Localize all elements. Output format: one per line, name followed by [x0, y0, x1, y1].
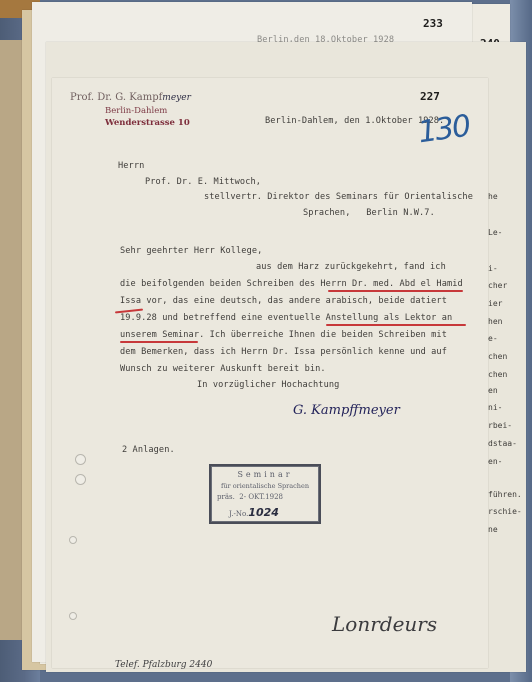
body-line-3: Issa vor, das eine deutsch, das andere a… [120, 296, 447, 306]
punch-hole [75, 454, 86, 465]
address-title-line1: stellvertr. Direktor des Seminars für Or… [204, 192, 473, 202]
red-underline [326, 324, 466, 326]
letterhead-name-typed: Prof. Dr. G. Kampf [70, 92, 162, 103]
body-line-5: unserem Seminar. Ich überreiche Ihnen di… [120, 330, 447, 340]
body-line-1: aus dem Harz zurückgekehrt, fand ich [256, 262, 446, 272]
stamp-line-2: für orientalische Sprachen [211, 482, 319, 490]
punch-hole [75, 474, 86, 485]
letterhead-street: Wenderstrasse 10 [105, 118, 190, 128]
bottom-phone-note: Telef. Pfalzburg 2440 [115, 660, 212, 670]
address-recipient: Prof. Dr. E. Mittwoch, [145, 177, 261, 187]
address-title-line2: Sprachen, Berlin N.W.7. [303, 208, 435, 218]
body-line-2: die beifolgenden beiden Schreiben des He… [120, 279, 463, 289]
letterhead-name-handwritten: meyer [162, 93, 191, 103]
red-underline [120, 341, 198, 343]
address-herrn: Herrn [118, 161, 144, 171]
stamp-date: 2- OKT.1928 [239, 493, 283, 501]
letterhead-name: Prof. Dr. G. Kampfmeyer [70, 92, 191, 103]
greeting: Sehr geehrter Herr Kollege, [120, 246, 262, 256]
letterhead-city: Berlin-Dahlem [105, 106, 167, 116]
stamp-line-1: Seminar [211, 470, 319, 479]
signature-kampffmeyer: G. Kampffmeyer [293, 403, 400, 418]
closing: In vorzüglicher Hochachtung [197, 380, 339, 390]
enclosures: 2 Anlagen. [122, 445, 175, 455]
red-underline [328, 290, 463, 292]
folio-number-227: 227 [420, 90, 440, 103]
stamp-line-4: J.-No.1024 [229, 506, 337, 519]
body-line-6: dem Bemerken, dass ich Herrn Dr. Issa pe… [120, 347, 447, 357]
handwritten-blue-number: 130 [416, 109, 472, 151]
receipt-stamp: Seminar für orientalische Sprachen präs.… [209, 464, 321, 524]
body-line-4: 19.9.28 und betreffend eine eventuelle A… [120, 313, 452, 323]
stamp-line-3: präs. 2- OKT.1928 [217, 493, 325, 501]
body-line-7: Wunsch zu weiterer Auskunft bereit bin. [120, 364, 326, 374]
punch-hole [69, 536, 77, 544]
cardboard-folder [0, 40, 22, 640]
punch-hole [69, 612, 77, 620]
bottom-signature: Lonrdeurs [332, 612, 437, 636]
stamp-journal-number: 1024 [248, 506, 279, 519]
folio-number-233: 233 [423, 17, 443, 30]
